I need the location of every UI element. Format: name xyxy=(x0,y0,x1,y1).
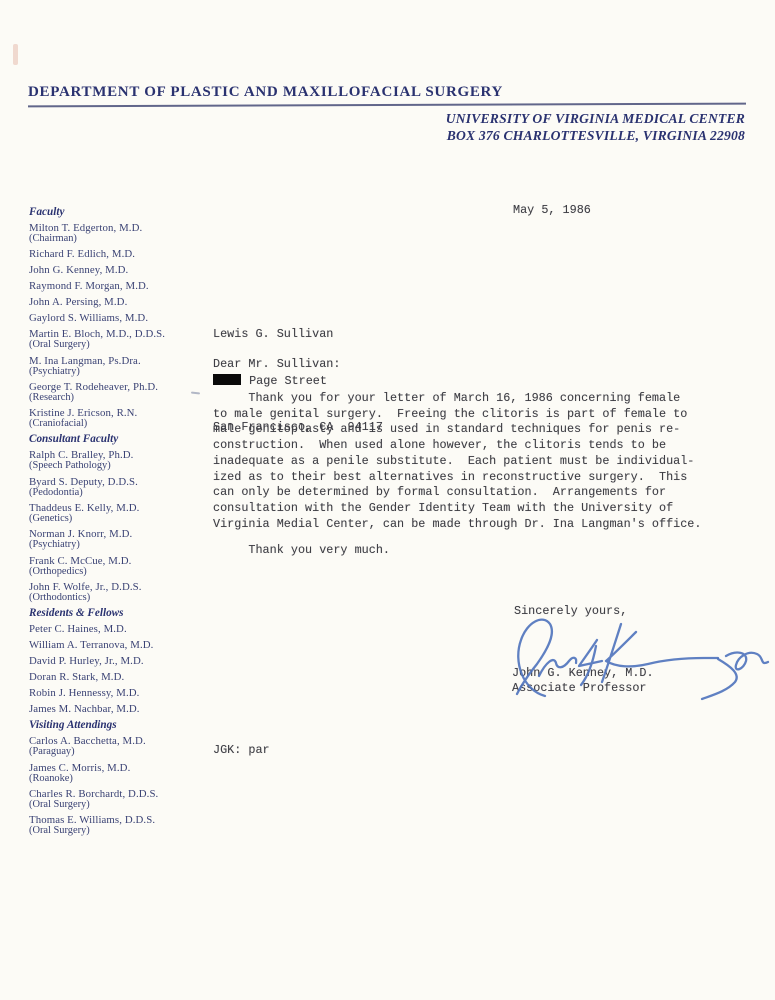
faculty-member: Doran R. Stark, M.D. xyxy=(29,672,207,683)
faculty-member-specialty: (Orthodontics) xyxy=(29,593,207,603)
faculty-member-name: John G. Kenney, M.D. xyxy=(29,265,207,276)
faculty-member: George T. Rodeheaver, Ph.D.(Research) xyxy=(29,382,207,403)
typist-reference: JGK: par xyxy=(213,743,270,759)
faculty-member: Norman J. Knorr, M.D.(Psychiatry) xyxy=(29,529,207,550)
body-line: inadequate as a penile substitute. Each … xyxy=(213,454,701,470)
signature xyxy=(505,612,770,702)
faculty-member: Thomas E. Williams, D.D.S.(Oral Surgery) xyxy=(29,815,207,836)
faculty-member: Richard F. Edlich, M.D. xyxy=(29,249,207,260)
body-line: Thank you for your letter of March 16, 1… xyxy=(213,391,701,407)
recipient-street-line: Page Street xyxy=(213,374,383,390)
faculty-member-name: Richard F. Edlich, M.D. xyxy=(29,249,207,260)
faculty-member-specialty: (Psychiatry) xyxy=(29,367,207,377)
faculty-member: Carlos A. Bacchetta, M.D.(Paraguay) xyxy=(29,736,207,757)
letter-body: Thank you for your letter of March 16, 1… xyxy=(213,391,701,532)
faculty-member: James M. Nachbar, M.D. xyxy=(29,704,207,715)
faculty-member-name: Raymond F. Morgan, M.D. xyxy=(29,281,207,292)
recipient-street: Page Street xyxy=(242,374,327,388)
faculty-member: Ralph C. Bralley, Ph.D.(Speech Pathology… xyxy=(29,450,207,471)
faculty-member-name: Robin J. Hennessy, M.D. xyxy=(29,688,207,699)
redaction-box xyxy=(213,374,241,385)
sidebar-section-heading: Residents & Fellows xyxy=(29,608,207,619)
faculty-member-name: James M. Nachbar, M.D. xyxy=(29,704,207,715)
faculty-member-specialty: (Chairman) xyxy=(29,234,207,244)
faculty-member-specialty: (Speech Pathology) xyxy=(29,461,207,471)
institution-name: UNIVERSITY OF VIRGINIA MEDICAL CENTER xyxy=(446,111,745,128)
body-line: male genitoplasty and is used in standar… xyxy=(213,422,701,438)
scanner-artifact xyxy=(13,44,18,65)
faculty-member-name: Doran R. Stark, M.D. xyxy=(29,672,207,683)
faculty-sidebar: FacultyMilton T. Edgerton, M.D.(Chairman… xyxy=(29,205,207,841)
faculty-member-specialty: (Genetics) xyxy=(29,514,207,524)
body-line: Virginia Medial Center, can be made thro… xyxy=(213,517,701,533)
sidebar-section-heading: Faculty xyxy=(29,207,207,218)
faculty-member: John G. Kenney, M.D. xyxy=(29,265,207,276)
signature-ink xyxy=(539,658,576,676)
faculty-member: John A. Persing, M.D. xyxy=(29,297,207,308)
faculty-member-specialty: (Oral Surgery) xyxy=(29,800,207,810)
faculty-member-specialty: (Psychiatry) xyxy=(29,540,207,550)
faculty-member: Charles R. Borchardt, D.D.S.(Oral Surger… xyxy=(29,789,207,810)
sidebar-section-heading: Visiting Attendings xyxy=(29,720,207,731)
faculty-member-specialty: (Pedodontia) xyxy=(29,488,207,498)
faculty-member: Thaddeus E. Kelly, M.D.(Genetics) xyxy=(29,503,207,524)
faculty-member: David P. Hurley, Jr., M.D. xyxy=(29,656,207,667)
body-line: ized as to their best alternatives in re… xyxy=(213,470,701,486)
faculty-member: Byard S. Deputy, D.D.S.(Pedodontia) xyxy=(29,477,207,498)
faculty-member: Martin E. Bloch, M.D., D.D.S.(Oral Surge… xyxy=(29,329,207,350)
body-line: consultation with the Gender Identity Te… xyxy=(213,501,701,517)
faculty-member-name: Peter C. Haines, M.D. xyxy=(29,624,207,635)
signature-ink xyxy=(579,640,602,685)
letter-date: May 5, 1986 xyxy=(513,203,591,219)
letter-page: DEPARTMENT OF PLASTIC AND MAXILLOFACIAL … xyxy=(0,0,775,1000)
faculty-member: John F. Wolfe, Jr., D.D.S.(Orthodontics) xyxy=(29,582,207,603)
faculty-member: William A. Terranova, M.D. xyxy=(29,640,207,651)
signature-ink xyxy=(726,653,768,670)
faculty-member-specialty: (Orthopedics) xyxy=(29,567,207,577)
faculty-member-name: Gaylord S. Williams, M.D. xyxy=(29,313,207,324)
body-line: can only be determined by formal consult… xyxy=(213,485,701,501)
closing-line: Thank you very much. xyxy=(213,543,390,559)
faculty-member-specialty: (Roanoke) xyxy=(29,774,207,784)
faculty-member: Kristine J. Ericson, R.N.(Craniofacial) xyxy=(29,408,207,429)
salutation: Dear Mr. Sullivan: xyxy=(213,357,340,373)
faculty-member: Milton T. Edgerton, M.D.(Chairman) xyxy=(29,223,207,244)
signature-ink xyxy=(702,659,737,699)
faculty-member-specialty: (Research) xyxy=(29,393,207,403)
institution-block: UNIVERSITY OF VIRGINIA MEDICAL CENTER BO… xyxy=(446,111,745,144)
faculty-member-specialty: (Oral Surgery) xyxy=(29,826,207,836)
faculty-member: James C. Morris, M.D.(Roanoke) xyxy=(29,763,207,784)
faculty-member: Gaylord S. Williams, M.D. xyxy=(29,313,207,324)
sidebar-section-heading: Consultant Faculty xyxy=(29,434,207,445)
faculty-member: Frank C. McCue, M.D.(Orthopedics) xyxy=(29,556,207,577)
faculty-member-name: David P. Hurley, Jr., M.D. xyxy=(29,656,207,667)
faculty-member: Raymond F. Morgan, M.D. xyxy=(29,281,207,292)
institution-address: BOX 376 CHARLOTTESVILLE, VIRGINIA 22908 xyxy=(446,128,745,145)
signature-ink xyxy=(517,620,552,696)
faculty-member-name: M. Ina Langman, Ps.Dra. xyxy=(29,356,207,367)
faculty-member-name: William A. Terranova, M.D. xyxy=(29,640,207,651)
body-line: construction. When used alone however, t… xyxy=(213,438,701,454)
faculty-member-specialty: (Oral Surgery) xyxy=(29,340,207,350)
faculty-member-name: John A. Persing, M.D. xyxy=(29,297,207,308)
department-title: DEPARTMENT OF PLASTIC AND MAXILLOFACIAL … xyxy=(28,84,503,101)
faculty-member-specialty: (Craniofacial) xyxy=(29,419,207,429)
faculty-member: M. Ina Langman, Ps.Dra.(Psychiatry) xyxy=(29,356,207,377)
faculty-member: Peter C. Haines, M.D. xyxy=(29,624,207,635)
faculty-member: Robin J. Hennessy, M.D. xyxy=(29,688,207,699)
faculty-member-specialty: (Paraguay) xyxy=(29,747,207,757)
body-line: to male genital surgery. Freeing the cli… xyxy=(213,407,701,423)
recipient-name: Lewis G. Sullivan xyxy=(213,327,383,343)
faculty-member-name: James C. Morris, M.D. xyxy=(29,763,207,774)
header-rule xyxy=(28,103,746,108)
signature-ink xyxy=(602,624,718,682)
